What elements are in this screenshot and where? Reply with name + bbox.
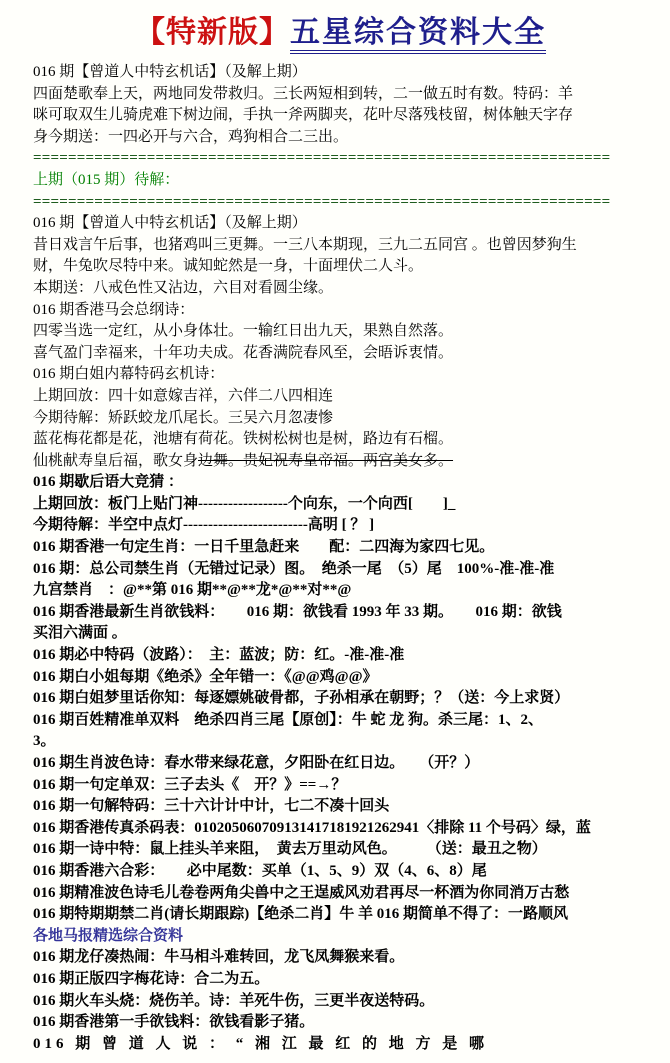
text-line: 016 期白小姐每期《绝杀》全年错一：《@@鸡@@》 — [33, 667, 648, 689]
text-line-content: 016 期白小姐每期《绝杀》全年错一：《@@鸡@@》 — [33, 669, 378, 685]
text-line-content: 016 期正版四字梅花诗：合二为五。 — [33, 971, 269, 987]
text-line: 喜气盈门幸福来，十年功夫成。花香满院春风至，会晤诉衷情。 — [33, 343, 648, 365]
text-line: 016 期白姐梦里话你知：每逐嫖姚破骨都，子孙相承在朝野；？（送：今上求贤） — [33, 688, 648, 710]
text-line: 016 期香港第一手欲钱料：欲钱看影子猪。 — [33, 1012, 648, 1034]
text-line-content: 016 期必中特码（波路）： 主：蓝波；防：红。-准-准-准 — [33, 647, 404, 663]
text-line-content: 016 期白姐内幕特码玄机诗： — [33, 366, 224, 382]
text-line-content: 今期待解：半空中点灯-------------------------高明 [ … — [33, 517, 374, 533]
text-line: 上期回放：四十如意嫁吉祥，六伴二八四相连 — [33, 386, 648, 408]
text-line: 016 期精准波色诗毛儿卷卷两角尖兽中之王逞威风劝君再尽一杯酒为你同消万古愁 — [33, 883, 648, 905]
title-badge: 【特新版】 — [135, 16, 290, 49]
text-line-content: 016 期香港最新生肖欲钱料： 016 期：欲钱看 1993 年 33 期。 0… — [33, 604, 562, 620]
text-line-content: 016 期香港传真杀码表：010205060709131417181921262… — [33, 820, 591, 836]
text-line: 016 期香港六合彩： 必中尾数：买单（1、5、9）双（4、6、8）尾 — [33, 861, 648, 883]
lottery-info-page: 【特新版】五星综合资料大全 016 期【曾道人中特玄机话】（及解上期）四面楚歌奉… — [0, 0, 670, 1063]
text-line: 016 期白姐内幕特码玄机诗： — [33, 364, 648, 386]
text-line: 3。 — [33, 731, 648, 753]
text-line: 016 期香港一句定生肖：一日千里急赶来 配：二四海为家四七见。 — [33, 537, 648, 559]
text-line-content: 四面楚歌奉上天，两地同发带救归。三长两短相到转，二一做五时有数。特码：羊 — [33, 86, 573, 102]
text-line-content: ========================================… — [33, 150, 610, 166]
text-line: ========================================… — [33, 192, 648, 214]
text-line-content: 016 期白姐梦里话你知：每逐嫖姚破骨都，子孙相承在朝野；？（送：今上求贤） — [33, 690, 569, 706]
text-line: 016 期【曾道人中特玄机话】（及解上期） — [33, 213, 648, 235]
title-main: 五星综合资料大全 — [290, 16, 546, 54]
text-line-content: 016 期香港六合彩： 必中尾数：买单（1、5、9）双（4、6、8）尾 — [33, 863, 487, 879]
text-line: 财，牛兔吹尽特中来。诚知蛇然是一身，十面埋伏二人斗。 — [33, 256, 648, 278]
text-line-content: 上期（015 期）待解： — [33, 172, 179, 188]
text-line-content: 本期送：八戒色性又沾边，六目对看圆尘缘。 — [33, 280, 333, 296]
text-line: 016 期一句定单双：三子去头《 开？》==→？ — [33, 775, 648, 797]
text-line-content: 咪可取双生儿骑虎难下树边闹，手执一斧两脚夹，花叶尽落残枝留，树体触天字存 — [33, 107, 573, 123]
text-line: 上期（015 期）待解： — [33, 170, 648, 192]
text-line-content: 身今期送：一四必开与六合，鸡狗相合二三出。 — [33, 129, 348, 145]
text-line-content: 016 期特期期禁二肖(请长期跟踪)【绝杀二肖】牛 羊 016 期简单不得了：一… — [33, 906, 568, 922]
text-line-content: 016 期 曾 道 人 说 ： “ 湘 江 最 红 的 地 方 是 哪 — [33, 1036, 488, 1052]
text-line-content: 昔日戏言午后事，也猪鸡叫三更舞。一三八本期现，三九二五同宫 。也曾因梦狗生 — [33, 237, 577, 253]
text-line: ========================================… — [33, 148, 648, 170]
text-line: 四零当选一定红，从小身体壮。一输红日出九天，果熟自然落。 — [33, 321, 648, 343]
text-line: 仙桃献寿皇后福，歌女身边舞。贵妃祝寿皇帝福。两宫美女多。 — [33, 451, 648, 473]
text-line-content: 今期待解：矫跃蛟龙爪尾长。三吴六月忽凄惨 — [33, 410, 333, 426]
text-line: 九宫禁肖 ：@**第 016 期**@**龙*@**对**@ — [33, 580, 648, 602]
text-line: 本期送：八戒色性又沾边，六目对看圆尘缘。 — [33, 278, 648, 300]
text-line-content: 财，牛兔吹尽特中来。诚知蛇然是一身，十面埋伏二人斗。 — [33, 258, 423, 274]
text-line-content: 蓝花梅花都是花，池塘有荷花。铁树松树也是树，路边有石榴。 — [33, 431, 453, 447]
text-line-content: 016 期百姓精准单双料 绝杀四肖三尾【原创】：牛 蛇 龙 狗。杀三尾：1、2、 — [33, 712, 543, 728]
text-line-content: 016 期龙仔凑热闹：牛马相斗难转回，龙飞凤舞猴来看。 — [33, 949, 404, 965]
text-line: 买泪六满面 。 — [33, 623, 648, 645]
text-line-content: 各地马报精选综合资料 — [33, 928, 183, 944]
link-line[interactable]: 各地马报精选综合资料 — [33, 926, 648, 948]
text-line: 今期待解：矫跃蛟龙爪尾长。三吴六月忽凄惨 — [33, 408, 648, 430]
page-title: 【特新版】五星综合资料大全 — [33, 12, 648, 58]
text-line-content: 016 期香港马会总纲诗： — [33, 302, 194, 318]
text-line: 016 期必中特码（波路）： 主：蓝波；防：红。-准-准-准 — [33, 645, 648, 667]
text-line-content: 016 期【曾道人中特玄机话】（及解上期） — [33, 64, 307, 80]
text-line: 016 期【曾道人中特玄机话】（及解上期） — [33, 62, 648, 84]
text-line: 016 期一诗中特：鼠上挂头羊来阻， 黄去万里动风色。 （送：最丑之物） — [33, 839, 648, 861]
text-line: 016 期歇后语大竞猜 ： — [33, 472, 648, 494]
text-line: 016 期香港马会总纲诗： — [33, 300, 648, 322]
text-line: 016 期特期期禁二肖(请长期跟踪)【绝杀二肖】牛 羊 016 期简单不得了：一… — [33, 904, 648, 926]
text-line-content: 喜气盈门幸福来，十年功夫成。花香满院春风至，会晤诉衷情。 — [33, 345, 453, 361]
text-line: 016 期生肖波色诗：春水带来绿花意，夕阳卧在红日边。 （开？） — [33, 753, 648, 775]
text-line-content: 买泪六满面 。 — [33, 625, 127, 641]
text-line: 016 期 曾 道 人 说 ： “ 湘 江 最 红 的 地 方 是 哪 — [33, 1034, 648, 1056]
text-line-content: 仙桃献寿皇后福，歌女身 — [33, 453, 198, 469]
text-line: 四面楚歌奉上天，两地同发带救归。三长两短相到转，二一做五时有数。特码：羊 — [33, 84, 648, 106]
text-line-content: 016 期一句解特码：三十六计计中计，七二不凑十回头 — [33, 798, 389, 814]
text-line-content: 016 期精准波色诗毛儿卷卷两角尖兽中之王逞威风劝君再尽一杯酒为你同消万古愁 — [33, 885, 569, 901]
text-line-content: 上期回放：板门上贴门神------------------个向东，一个向西[ ]… — [33, 496, 455, 512]
text-line-content: 九宫禁肖 ：@**第 016 期**@**龙*@**对**@ — [33, 582, 351, 598]
text-line: 016 期香港传真杀码表：010205060709131417181921262… — [33, 818, 648, 840]
text-line-content: 上期回放：四十如意嫁吉祥，六伴二八四相连 — [33, 388, 333, 404]
text-line: 蓝花梅花都是花，池塘有荷花。铁树松树也是树，路边有石榴。 — [33, 429, 648, 451]
text-line: 昔日戏言午后事，也猪鸡叫三更舞。一三八本期现，三九二五同宫 。也曾因梦狗生 — [33, 235, 648, 257]
text-line-content: 四零当选一定红，从小身体壮。一输红日出九天，果熟自然落。 — [33, 323, 453, 339]
text-line: 016 期一句解特码：三十六计计中计，七二不凑十回头 — [33, 796, 648, 818]
text-line: 上期回放：板门上贴门神------------------个向东，一个向西[ ]… — [33, 494, 648, 516]
text-line-content: 016 期一句定单双：三子去头《 开？》==→？ — [33, 777, 346, 793]
text-line: 016 期：总公司禁生肖（无错过记录）图。 绝杀一尾 （5）尾 100%-准-准… — [33, 559, 648, 581]
text-line-content: 016 期：总公司禁生肖（无错过记录）图。 绝杀一尾 （5）尾 100%-准-准… — [33, 561, 554, 577]
text-line: 016 期百姓精准单双料 绝杀四肖三尾【原创】：牛 蛇 龙 狗。杀三尾：1、2、 — [33, 710, 648, 732]
text-line-content: 016 期火车头烧：烧伤羊。诗：羊死牛伤，三更半夜送特码。 — [33, 993, 434, 1009]
text-line-content: ========================================… — [33, 194, 610, 210]
text-line-content: 016 期一诗中特：鼠上挂头羊来阻， 黄去万里动风色。 （送：最丑之物） — [33, 841, 547, 857]
text-line-content: 016 期【曾道人中特玄机话】（及解上期） — [33, 215, 307, 231]
text-line: 016 期香港最新生肖欲钱料： 016 期：欲钱看 1993 年 33 期。 0… — [33, 602, 648, 624]
struck-text: 边舞。贵妃祝寿皇帝福。两宫美女多。 — [198, 453, 453, 469]
text-line-content: 3。 — [33, 733, 56, 749]
text-line-content: 016 期香港一句定生肖：一日千里急赶来 配：二四海为家四七见。 — [33, 539, 494, 555]
text-line-content: 016 期香港第一手欲钱料：欲钱看影子猪。 — [33, 1014, 314, 1030]
text-line: 016 期火车头烧：烧伤羊。诗：羊死牛伤，三更半夜送特码。 — [33, 991, 648, 1013]
text-line-content: 016 期生肖波色诗：春水带来绿花意，夕阳卧在红日边。 （开？） — [33, 755, 479, 771]
text-line: 今期待解：半空中点灯-------------------------高明 [ … — [33, 515, 648, 537]
text-line: 咪可取双生儿骑虎难下树边闹，手执一斧两脚夹，花叶尽落残枝留，树体触天字存 — [33, 105, 648, 127]
text-line: 016 期正版四字梅花诗：合二为五。 — [33, 969, 648, 991]
text-line: 016 期龙仔凑热闹：牛马相斗难转回，龙飞凤舞猴来看。 — [33, 947, 648, 969]
text-line-content: 016 期歇后语大竞猜 ： — [33, 474, 183, 490]
text-line: 身今期送：一四必开与六合，鸡狗相合二三出。 — [33, 127, 648, 149]
